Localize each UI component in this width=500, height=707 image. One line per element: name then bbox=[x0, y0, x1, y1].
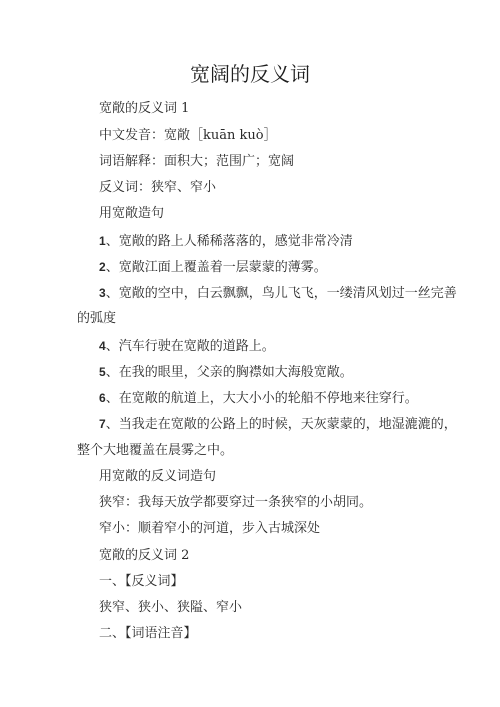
document-title: 宽阔的反义词 bbox=[0, 60, 500, 88]
document-line: 二、【词语注音】 bbox=[99, 625, 197, 643]
document-line: 3、宽敞的空中，白云飘飘，鸟儿飞飞，一缕清风划过一丝完善 bbox=[99, 284, 457, 303]
document-line: 整个大地覆盖在晨雾之中。 bbox=[77, 442, 233, 460]
list-number: 5 bbox=[99, 365, 106, 379]
document-line: 用宽敞造句 bbox=[99, 205, 164, 223]
document-line: 一、【反义词】 bbox=[99, 573, 184, 591]
document-line: 宽敞的反义词 2 bbox=[99, 547, 189, 565]
document-line: 窄小：顺着窄小的河道，步入古城深处 bbox=[99, 520, 320, 538]
document-line: 宽敞的反义词 1 bbox=[99, 100, 189, 118]
document-line: 狭窄、狭小、狭隘、窄小 bbox=[99, 599, 242, 617]
document-page: 宽阔的反义词 宽敞的反义词 1中文发音：宽敞［kuān kuò］词语解释：面积大… bbox=[0, 0, 500, 707]
document-line: 用宽敞的反义词造句 bbox=[99, 468, 216, 486]
document-line: 狭窄：我每天放学都要穿过一条狭窄的小胡同。 bbox=[99, 494, 372, 512]
document-line: 中文发音：宽敞［kuān kuò］ bbox=[99, 127, 277, 145]
list-number: 7 bbox=[99, 417, 106, 431]
list-number: 6 bbox=[99, 391, 106, 405]
list-number: 1 bbox=[99, 234, 106, 248]
document-line: 4、汽车行驶在宽敞的道路上。 bbox=[99, 337, 275, 356]
document-line: 的弧度 bbox=[77, 310, 116, 328]
document-line: 2、宽敞江面上覆盖着一层蒙蒙的薄雾。 bbox=[99, 258, 327, 277]
list-number: 2 bbox=[99, 260, 106, 274]
document-line: 反义词：狭窄、窄小 bbox=[99, 179, 216, 197]
list-number: 4 bbox=[99, 339, 106, 353]
document-line: 1、宽敞的路上人稀稀落落的，感觉非常冷清 bbox=[99, 232, 353, 251]
list-number: 3 bbox=[99, 286, 106, 300]
document-line: 5、在我的眼里，父亲的胸襟如大海般宽敞。 bbox=[99, 363, 353, 382]
document-line: 词语解释：面积大；范围广；宽阔 bbox=[99, 153, 294, 171]
document-line: 6、在宽敞的航道上，大大小小的轮船不停地来往穿行。 bbox=[99, 389, 418, 408]
document-line: 7、当我走在宽敞的公路上的时候，天灰蒙蒙的，地湿漉漉的， bbox=[99, 415, 457, 434]
